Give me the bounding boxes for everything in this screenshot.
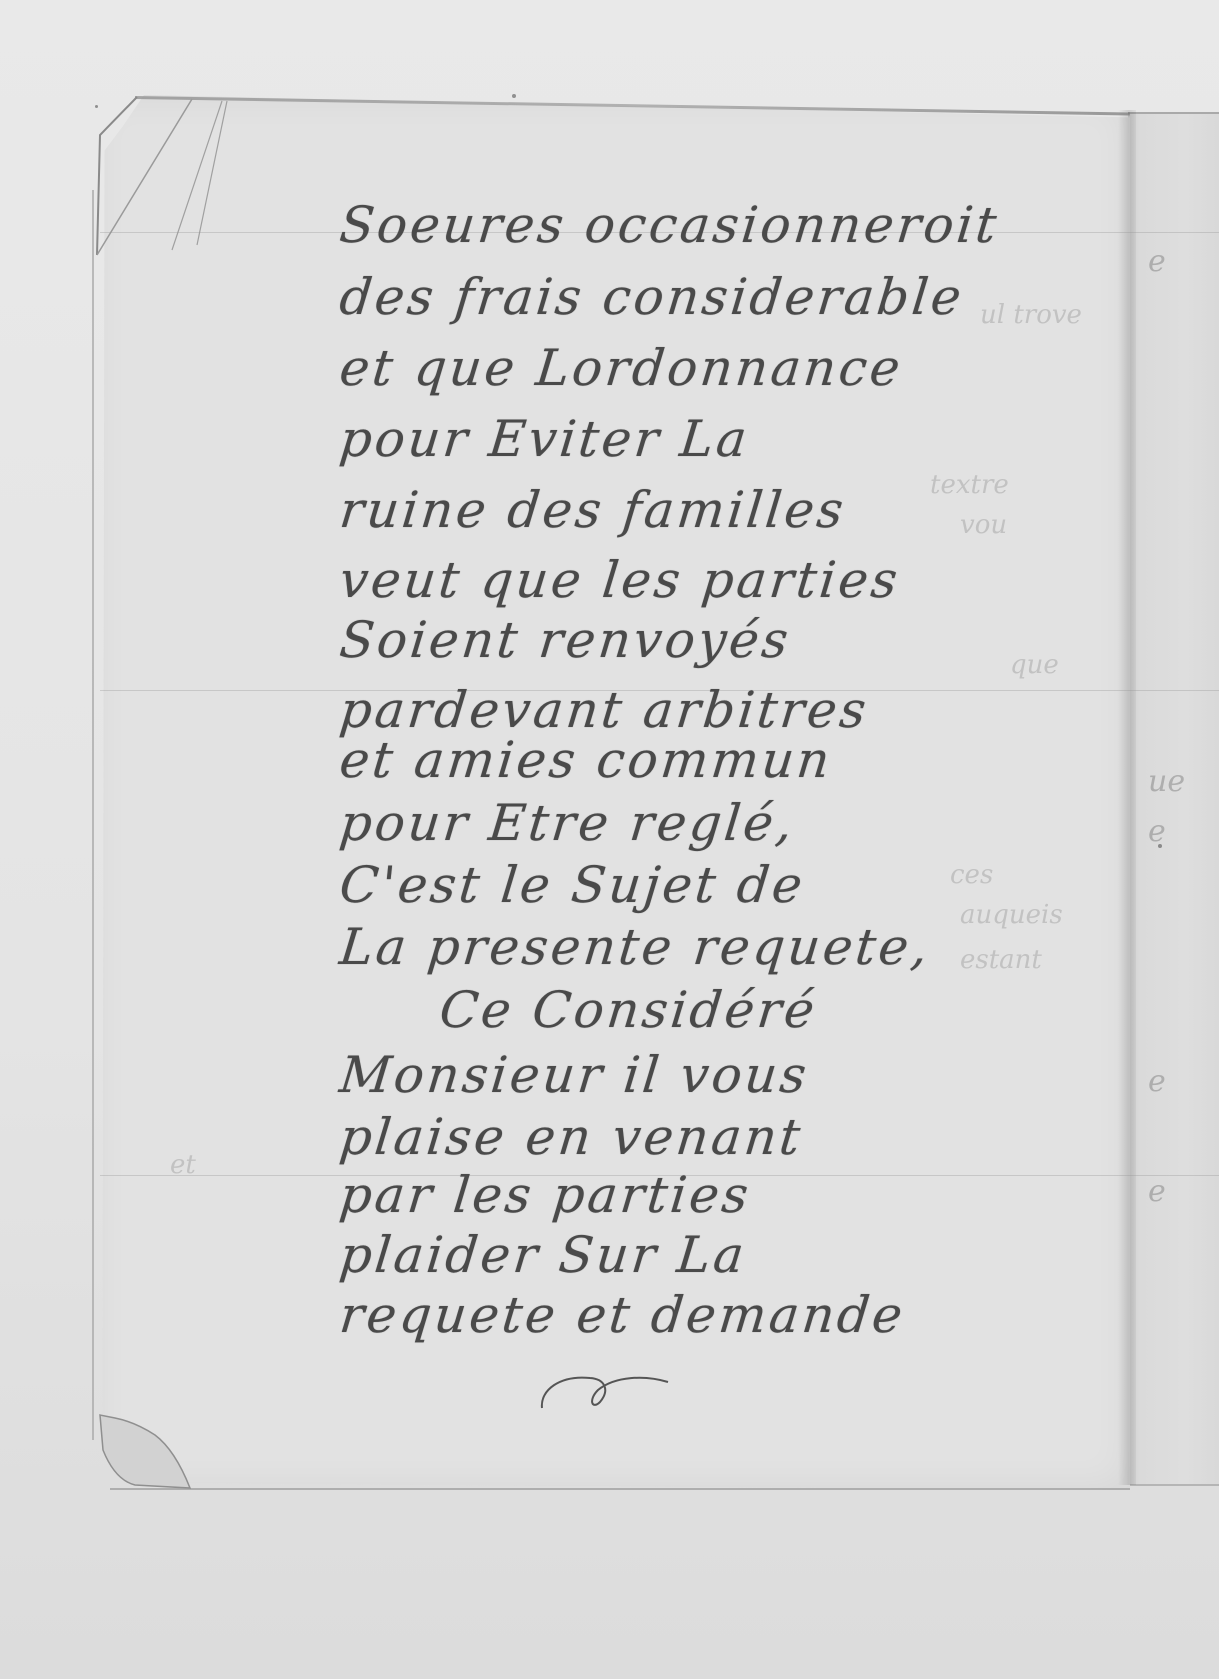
manuscript-line: plaise en venant: [337, 1112, 1102, 1162]
flourish-icon: [540, 1370, 670, 1415]
manuscript-line: La presente requete,: [337, 922, 1102, 972]
closing-flourish: [540, 1370, 670, 1415]
manuscript-line: pour Etre reglé,: [337, 798, 1102, 848]
manuscript-line: et amies commun: [337, 735, 1102, 785]
manuscript-line: Soeures occasionneroit: [337, 200, 1102, 250]
manuscript-line: ruine des familles: [337, 485, 1102, 535]
ink-speck: [512, 94, 516, 98]
manuscript-line: Ce Considéré: [437, 985, 1202, 1035]
manuscript-line: C'est le Sujet de: [337, 860, 1102, 910]
manuscript-line: requete et demande: [337, 1290, 1102, 1340]
manuscript-line: et que Lordonnance: [337, 343, 1102, 393]
manuscript-line: pardevant arbitres: [337, 685, 1102, 735]
manuscript-line: veut que les parties: [337, 555, 1102, 605]
manuscript-line: Soient renvoyés: [337, 615, 1102, 665]
manuscript-line: Monsieur il vous: [337, 1050, 1102, 1100]
manuscript-line: pour Eviter La: [337, 414, 1102, 464]
manuscript-line: par les parties: [337, 1170, 1102, 1220]
manuscript-line: plaider Sur La: [337, 1230, 1102, 1280]
manuscript-line: des frais considerable: [337, 272, 1102, 322]
ink-speck: [95, 105, 98, 108]
handwritten-text: Soeures occasionneroit des frais conside…: [0, 0, 1219, 1679]
